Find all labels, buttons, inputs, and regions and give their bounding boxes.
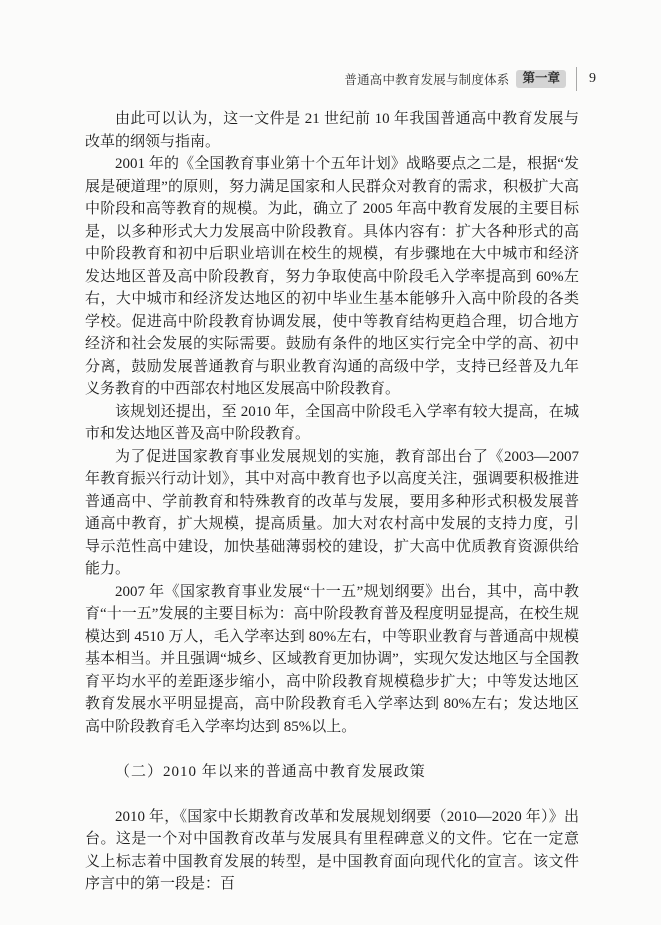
paragraph-2: 2001 年的《全国教育事业第十个五年计划》战略要点之二是，根据“发展是硬道理”… xyxy=(85,153,579,401)
book-page: 普通高中教育发展与制度体系 第一章 9 由此可以认为，这一文件是 21 世纪前 … xyxy=(0,0,661,925)
section-subheading: （二）2010 年以来的普通高中教育发展政策 xyxy=(85,761,579,784)
running-head-title: 普通高中教育发展与制度体系 xyxy=(344,70,509,88)
page-number: 9 xyxy=(586,71,596,87)
page-body: 由此可以认为，这一文件是 21 世纪前 10 年我国普通高中教育发展与改革的纲领… xyxy=(85,108,579,896)
chapter-badge: 第一章 xyxy=(516,70,566,88)
paragraph-4: 为了促进国家教育事业发展规划的实施，教育部出台了《2003—2007 年教育振兴… xyxy=(85,446,579,581)
paragraph-5: 2007 年《国家教育事业发展“十一五”规划纲要》出台，其中，高中教育“十一五”… xyxy=(85,581,579,739)
paragraph-3: 该规划还提出，至 2010 年，全国高中阶段毛入学率有较大提高，在城市和发达地区… xyxy=(85,401,579,446)
paragraph-1: 由此可以认为，这一文件是 21 世纪前 10 年我国普通高中教育发展与改革的纲领… xyxy=(85,108,579,153)
paragraph-6: 2010 年，《国家中长期教育改革和发展规划纲要（2010—2020 年）》出台… xyxy=(85,806,579,896)
header-divider xyxy=(576,67,577,91)
running-header: 普通高中教育发展与制度体系 第一章 9 xyxy=(344,67,596,91)
